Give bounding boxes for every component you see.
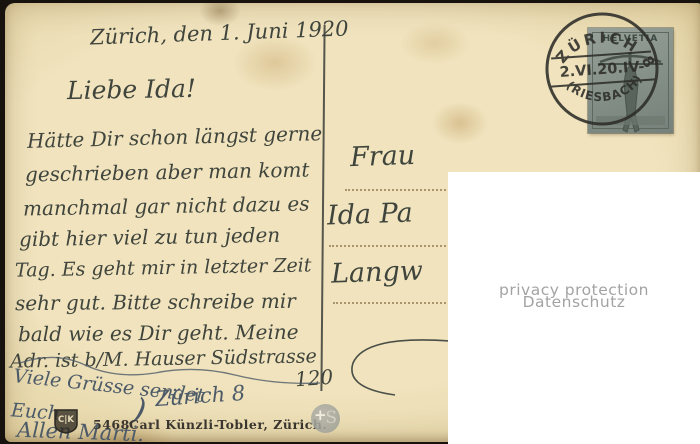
letter-line: manchmal gar nicht dazu es bbox=[23, 192, 310, 221]
divider-line bbox=[320, 25, 325, 391]
address-line1: Frau bbox=[349, 140, 415, 173]
publisher-shield-text: C|K bbox=[58, 415, 74, 425]
address-ruling bbox=[329, 245, 457, 247]
letter-line: Tag. Es geht mir in letzter Zeit bbox=[15, 254, 312, 281]
postmark: ZÜRICH 8 2.VI.20.IV- (RIESBACH) bbox=[540, 7, 664, 131]
publisher-shield-logo: C|K bbox=[51, 407, 81, 435]
publisher-number: 5468 bbox=[93, 417, 130, 432]
handwritten-salutation: Liebe Ida! bbox=[67, 74, 196, 105]
closing-place: Zürich 8 bbox=[154, 381, 246, 411]
privacy-text: privacy protection Datenschutz bbox=[448, 284, 700, 308]
plus-s-logo-s: S bbox=[325, 408, 337, 428]
publisher-name: Carl Künzli-Tobler, Zürich. bbox=[129, 417, 327, 432]
address-flourish bbox=[335, 333, 465, 403]
letter-line: Hätte Dir schon längst gerne bbox=[27, 121, 323, 153]
address-line3: Langw bbox=[330, 255, 423, 289]
plus-s-logo: + S bbox=[311, 404, 340, 433]
address-ruling bbox=[333, 302, 457, 304]
privacy-overlay: privacy protection Datenschutz bbox=[448, 172, 700, 444]
address-line2: Ida Pa bbox=[326, 198, 413, 232]
letter-line: geschrieben aber man komt bbox=[25, 158, 310, 187]
letter-line: sehr gut. Bitte schreibe mir bbox=[15, 289, 296, 315]
privacy-line-de: Datenschutz bbox=[448, 296, 700, 308]
postcard-photo: Zürich, den 1. Juni 1920 Liebe Ida! Hätt… bbox=[0, 0, 700, 444]
address-ruling bbox=[345, 189, 457, 191]
letter-line: gibt hier viel zu tun jeden bbox=[19, 223, 281, 252]
handwritten-dateline: Zürich, den 1. Juni 1920 bbox=[90, 16, 349, 49]
